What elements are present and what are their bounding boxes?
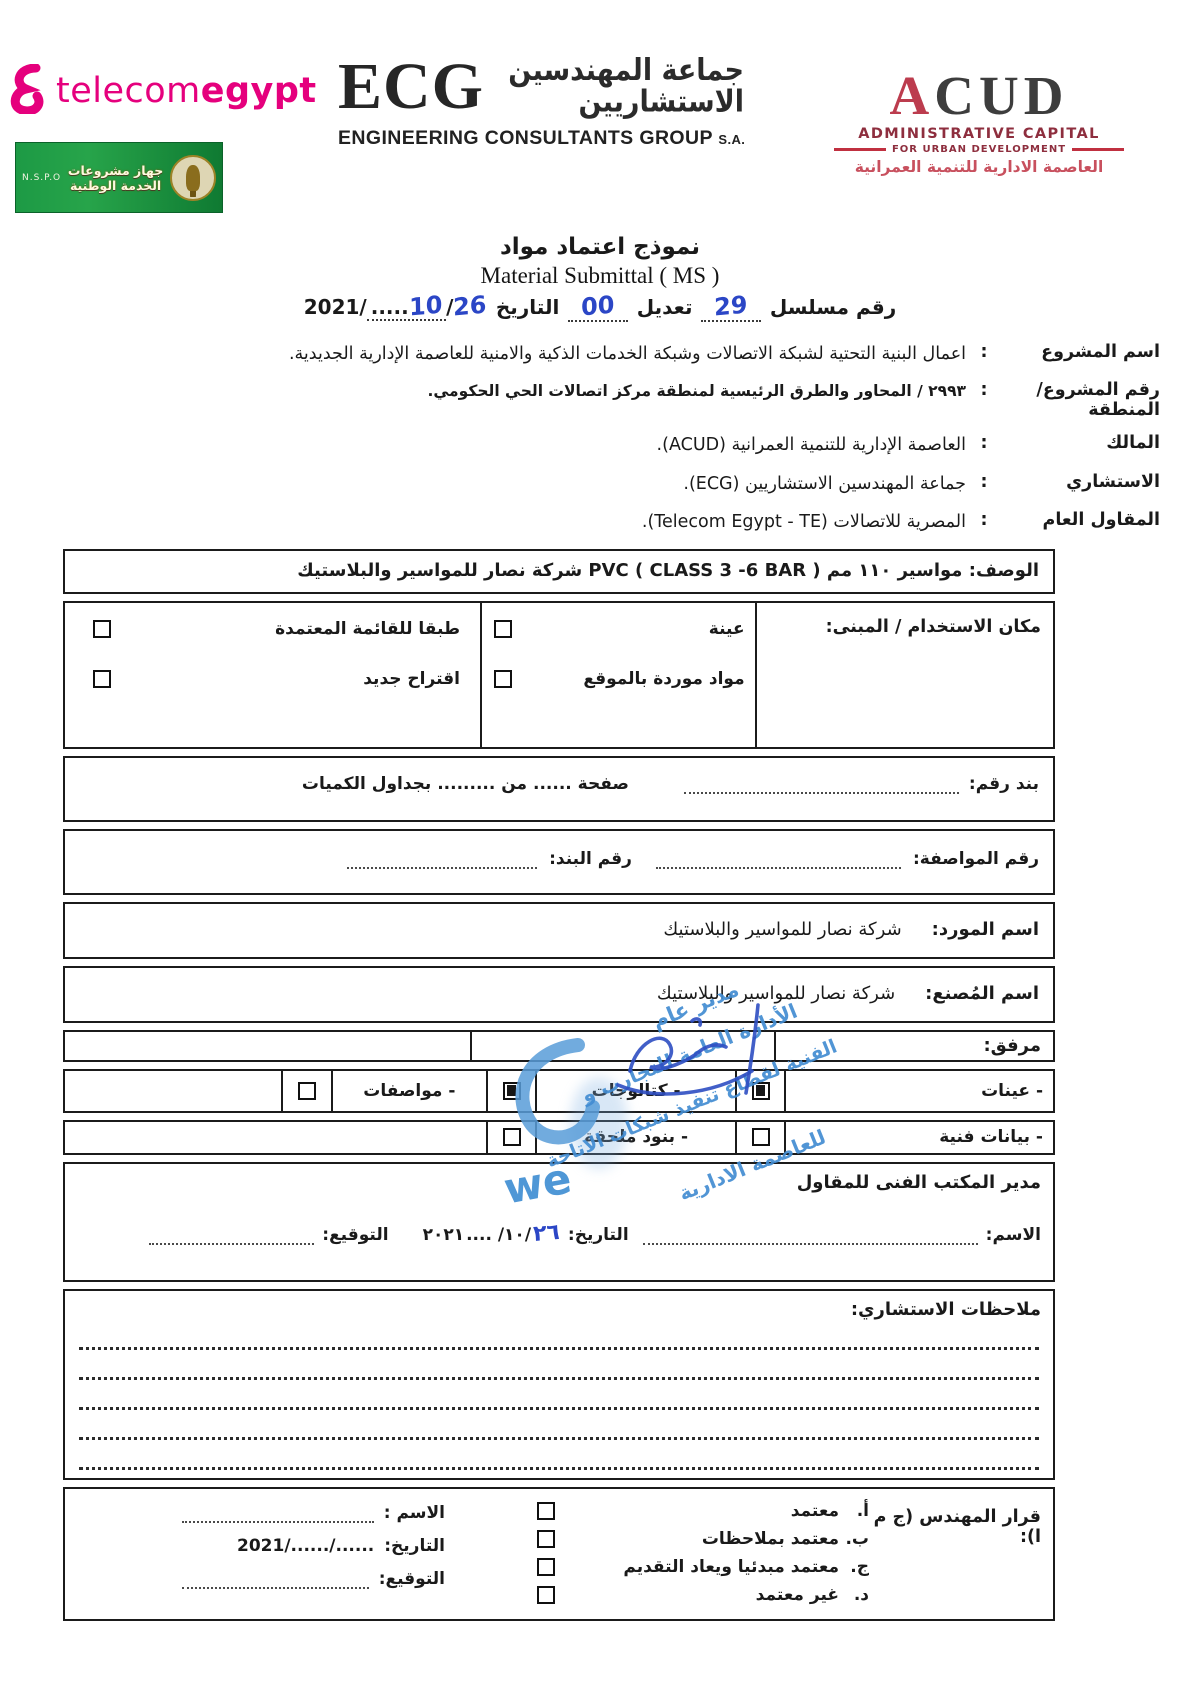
- notes-line: [79, 1407, 1039, 1410]
- notes-line: [79, 1347, 1039, 1350]
- decision-signature-column: الاسم : التاريخ: 2021/....../...... التو…: [77, 1501, 537, 1605]
- supplier-value: شركة نصار للمواسير والبلاستيك: [663, 919, 901, 940]
- serial-line: رقم مسلسل 29 تعديل 00 التاريخ 2021/.....…: [0, 294, 1200, 322]
- engineer-decision-label: قرار المهندس (ج م ا):: [869, 1501, 1041, 1605]
- usage-label: مكان الاستخدام / المبنى:: [757, 603, 1053, 747]
- ecg-subtitle: ENGINEERING CONSULTANTS GROUP S.A.: [338, 127, 744, 150]
- info-row-owner: المالك : العاصمة الإدارية للتنمية العمرا…: [0, 433, 1160, 458]
- manager-date-label: التاريخ:: [568, 1225, 629, 1245]
- decision-approved: أ. معتمد: [537, 1501, 869, 1521]
- revision-value-field: 00: [568, 294, 627, 322]
- item-number-field: [684, 776, 959, 794]
- decision-name-label: الاسم :: [384, 1503, 445, 1523]
- usage-middle-column: عينة مواد موردة بالموقع: [480, 603, 757, 747]
- technical-data-checkbox: [752, 1128, 770, 1146]
- catalogs-checkbox-cell: [486, 1071, 537, 1111]
- acud-line2: FOR URBAN DEVELOPMENT: [826, 144, 1132, 155]
- acud-acronym: ACUD: [826, 68, 1132, 123]
- description-label: الوصف:: [969, 560, 1039, 581]
- acud-line1: ADMINISTRATIVE CAPITAL: [826, 126, 1132, 142]
- usage-option-materials-on-site: مواد موردة بالموقع: [494, 669, 745, 689]
- catalogs-label: - كتالوجات: [537, 1071, 735, 1111]
- description-value: مواسير ١١٠ مم PVC ( CLASS 3 -6 BAR ) شرك…: [297, 560, 962, 581]
- project-info: اسم المشروع : اعمال البنية التحتية لشبكة…: [0, 342, 1160, 536]
- manufacturer-value: شركة نصار للمواسير والبلاستيك: [657, 983, 895, 1004]
- attachments-row-1: - عينات - كتالوجات - مواصفات: [63, 1069, 1055, 1113]
- ecg-arabic-calligraphy: جماعة المهندسين الاستشاريين: [494, 56, 744, 119]
- supplier-label: اسم المورد:: [932, 919, 1039, 940]
- manager-date-value: ٢٦/١٠/ ....٢٠٢١: [423, 1223, 560, 1245]
- notes-line: [79, 1377, 1039, 1380]
- usage-left-column: طبقا للقائمة المعتمدة اقتراح جديد: [65, 603, 480, 747]
- contractor-manager-sign-row: الاسم: التاريخ: ٢٦/١٠/ ....٢٠٢١ التوقيع:: [77, 1223, 1041, 1245]
- serial-label: رقم مسلسل: [770, 295, 896, 319]
- decision-date-value: 2021/....../......: [237, 1536, 374, 1556]
- form-title-arabic: نموذج اعتماد مواد: [0, 234, 1200, 260]
- technical-data-checkbox-cell: [735, 1122, 786, 1153]
- decision-date-row: التاريخ: 2021/....../......: [182, 1536, 445, 1556]
- attachments-empty-cell-1: [470, 1032, 776, 1060]
- specifications-checkbox-cell: [281, 1071, 332, 1111]
- specifications-checkbox: [298, 1082, 316, 1100]
- item-number-row: بند رقم: صفحة ...... من ......... بجداول…: [63, 756, 1055, 822]
- manufacturer-label: اسم المُصنع:: [925, 983, 1039, 1004]
- preliminary-resubmit-checkbox: [537, 1558, 555, 1576]
- item-number-label: بند رقم:: [969, 774, 1039, 794]
- consultant-notes-label: ملاحظات الاستشاري:: [77, 1299, 1041, 1320]
- attachments-row-2: - بيانات فنية - بنود ملحقة: [63, 1120, 1055, 1155]
- manager-name-field: [643, 1227, 978, 1245]
- info-row-project-number: رقم المشروع/المنطقة : ٢٩٩٣ / المحاور وال…: [0, 380, 1160, 420]
- contractor-manager-box: مدير المكتب الفنى للمقاول الاسم: التاريخ…: [63, 1162, 1055, 1282]
- header: telecomegypt N.S.P.O جهاز مشروعات الخدمة…: [0, 0, 1200, 228]
- decision-preliminary-resubmit: ج. معتمد مبدئيا ويعاد التقديم: [537, 1557, 869, 1577]
- decision-signature-label: التوقيع:: [379, 1569, 445, 1589]
- attachments-label: مرفق:: [776, 1032, 1053, 1060]
- not-approved-checkbox: [537, 1586, 555, 1604]
- submittal-table: الوصف: مواسير ١١٠ مم PVC ( CLASS 3 -6 BA…: [63, 549, 1055, 1621]
- manager-name-label: الاسم:: [986, 1225, 1041, 1245]
- materials-on-site-checkbox: [494, 670, 512, 688]
- nspo-arabic-text: جهاز مشروعات الخدمة الوطنية: [66, 163, 165, 193]
- attachments-row2-empty: [65, 1122, 486, 1153]
- spec-number-label: رقم المواصفة:: [913, 849, 1039, 869]
- attached-clauses-label: - بنود ملحقة: [537, 1122, 735, 1153]
- revision-label: تعديل: [637, 295, 693, 319]
- scanned-material-submittal-form: telecomegypt N.S.P.O جهاز مشروعات الخدمة…: [0, 0, 1200, 1692]
- manager-signature-label: التوقيع:: [322, 1225, 388, 1245]
- nspo-eagle-emblem-icon: [170, 155, 216, 201]
- info-row-contractor: المقاول العام : المصرية للاتصالات (Telec…: [0, 510, 1160, 535]
- usage-option-new-proposal: اقتراح جديد: [93, 669, 460, 689]
- new-proposal-checkbox: [93, 670, 111, 688]
- samples-checkbox: [752, 1082, 770, 1100]
- telecom-egypt-logo: telecomegypt: [6, 64, 317, 118]
- usage-row: مكان الاستخدام / المبنى: عينة مواد موردة…: [63, 601, 1055, 749]
- telecom-egypt-wordmark: telecomegypt: [56, 71, 317, 111]
- decision-approved-with-notes: ب. معتمد بملاحظات: [537, 1529, 869, 1549]
- usage-option-sample: عينة: [494, 619, 745, 639]
- decision-not-approved: د. غير معتمد: [537, 1585, 869, 1605]
- catalogs-checkbox: [503, 1082, 521, 1100]
- notes-line: [79, 1467, 1039, 1470]
- attachments-empty-cell-2: [65, 1032, 470, 1060]
- info-row-project-name: اسم المشروع : اعمال البنية التحتية لشبكة…: [0, 342, 1160, 367]
- manager-signature-field: [149, 1227, 314, 1245]
- sample-checkbox: [494, 620, 512, 638]
- date-value-field: 2021/.....10/26: [304, 294, 487, 321]
- spec-number-row: رقم المواصفة: رقم البند:: [63, 829, 1055, 895]
- clause-number-label: رقم البند:: [549, 849, 632, 869]
- attachments-row1-empty: [65, 1071, 281, 1111]
- approved-list-checkbox: [93, 620, 111, 638]
- attachments-header-row: مرفق:: [63, 1030, 1055, 1062]
- technical-data-label: - بيانات فنية: [786, 1122, 1053, 1153]
- specifications-label: - مواصفات: [333, 1071, 486, 1111]
- usage-option-approved-list: طبقا للقائمة المعتمدة: [93, 619, 460, 639]
- acud-arabic: العاصمة الادارية للتنمية العمرانية: [826, 158, 1132, 176]
- consultant-notes-box: ملاحظات الاستشاري:: [63, 1289, 1055, 1480]
- telecom-egypt-flame-icon: [6, 64, 48, 118]
- decision-options: أ. معتمد ب. معتمد بملاحظات ج. معتمد مبدئ…: [537, 1501, 869, 1605]
- form-title-english: Material Submittal ( MS ): [0, 263, 1200, 289]
- boq-page-text: صفحة ...... من ......... بجداول الكميات: [302, 774, 629, 794]
- info-row-consultant: الاستشاري : جماعة المهندسين الاستشاريين …: [0, 472, 1160, 497]
- contractor-manager-title: مدير المكتب الفنى للمقاول: [77, 1172, 1041, 1193]
- decision-signature-field: [182, 1571, 369, 1589]
- description-row: الوصف: مواسير ١١٠ مم PVC ( CLASS 3 -6 BA…: [63, 549, 1055, 594]
- date-label: التاريخ: [496, 295, 559, 319]
- samples-label: - عينات: [786, 1071, 1053, 1111]
- title-block: نموذج اعتماد مواد Material Submittal ( M…: [0, 234, 1200, 322]
- decision-name-row: الاسم :: [182, 1503, 445, 1523]
- spec-number-field: [656, 851, 901, 869]
- approved-with-notes-checkbox: [537, 1530, 555, 1548]
- nspo-logo: N.S.P.O جهاز مشروعات الخدمة الوطنية: [15, 142, 223, 213]
- attached-clauses-checkbox-cell: [486, 1122, 537, 1153]
- samples-checkbox-cell: [735, 1071, 786, 1111]
- decision-name-field: [182, 1505, 374, 1523]
- notes-line: [79, 1437, 1039, 1440]
- attached-clauses-checkbox: [503, 1128, 521, 1146]
- engineer-decision-box: قرار المهندس (ج م ا): أ. معتمد ب. معتمد …: [63, 1487, 1055, 1621]
- clause-number-field: [347, 851, 537, 869]
- decision-signature-row: التوقيع:: [182, 1569, 445, 1589]
- manufacturer-row: اسم المُصنع: شركة نصار للمواسير والبلاست…: [63, 966, 1055, 1023]
- acud-logo: ACUD ADMINISTRATIVE CAPITAL FOR URBAN DE…: [826, 68, 1132, 176]
- ecg-logo: ECG جماعة المهندسين الاستشاريين ENGINEER…: [338, 56, 744, 150]
- serial-value-field: 29: [701, 294, 760, 322]
- nspo-acronym: N.S.P.O: [22, 173, 61, 183]
- ecg-acronym: ECG: [338, 56, 484, 119]
- approved-checkbox: [537, 1502, 555, 1520]
- decision-date-label: التاريخ:: [384, 1536, 445, 1556]
- supplier-row: اسم المورد: شركة نصار للمواسير والبلاستي…: [63, 902, 1055, 959]
